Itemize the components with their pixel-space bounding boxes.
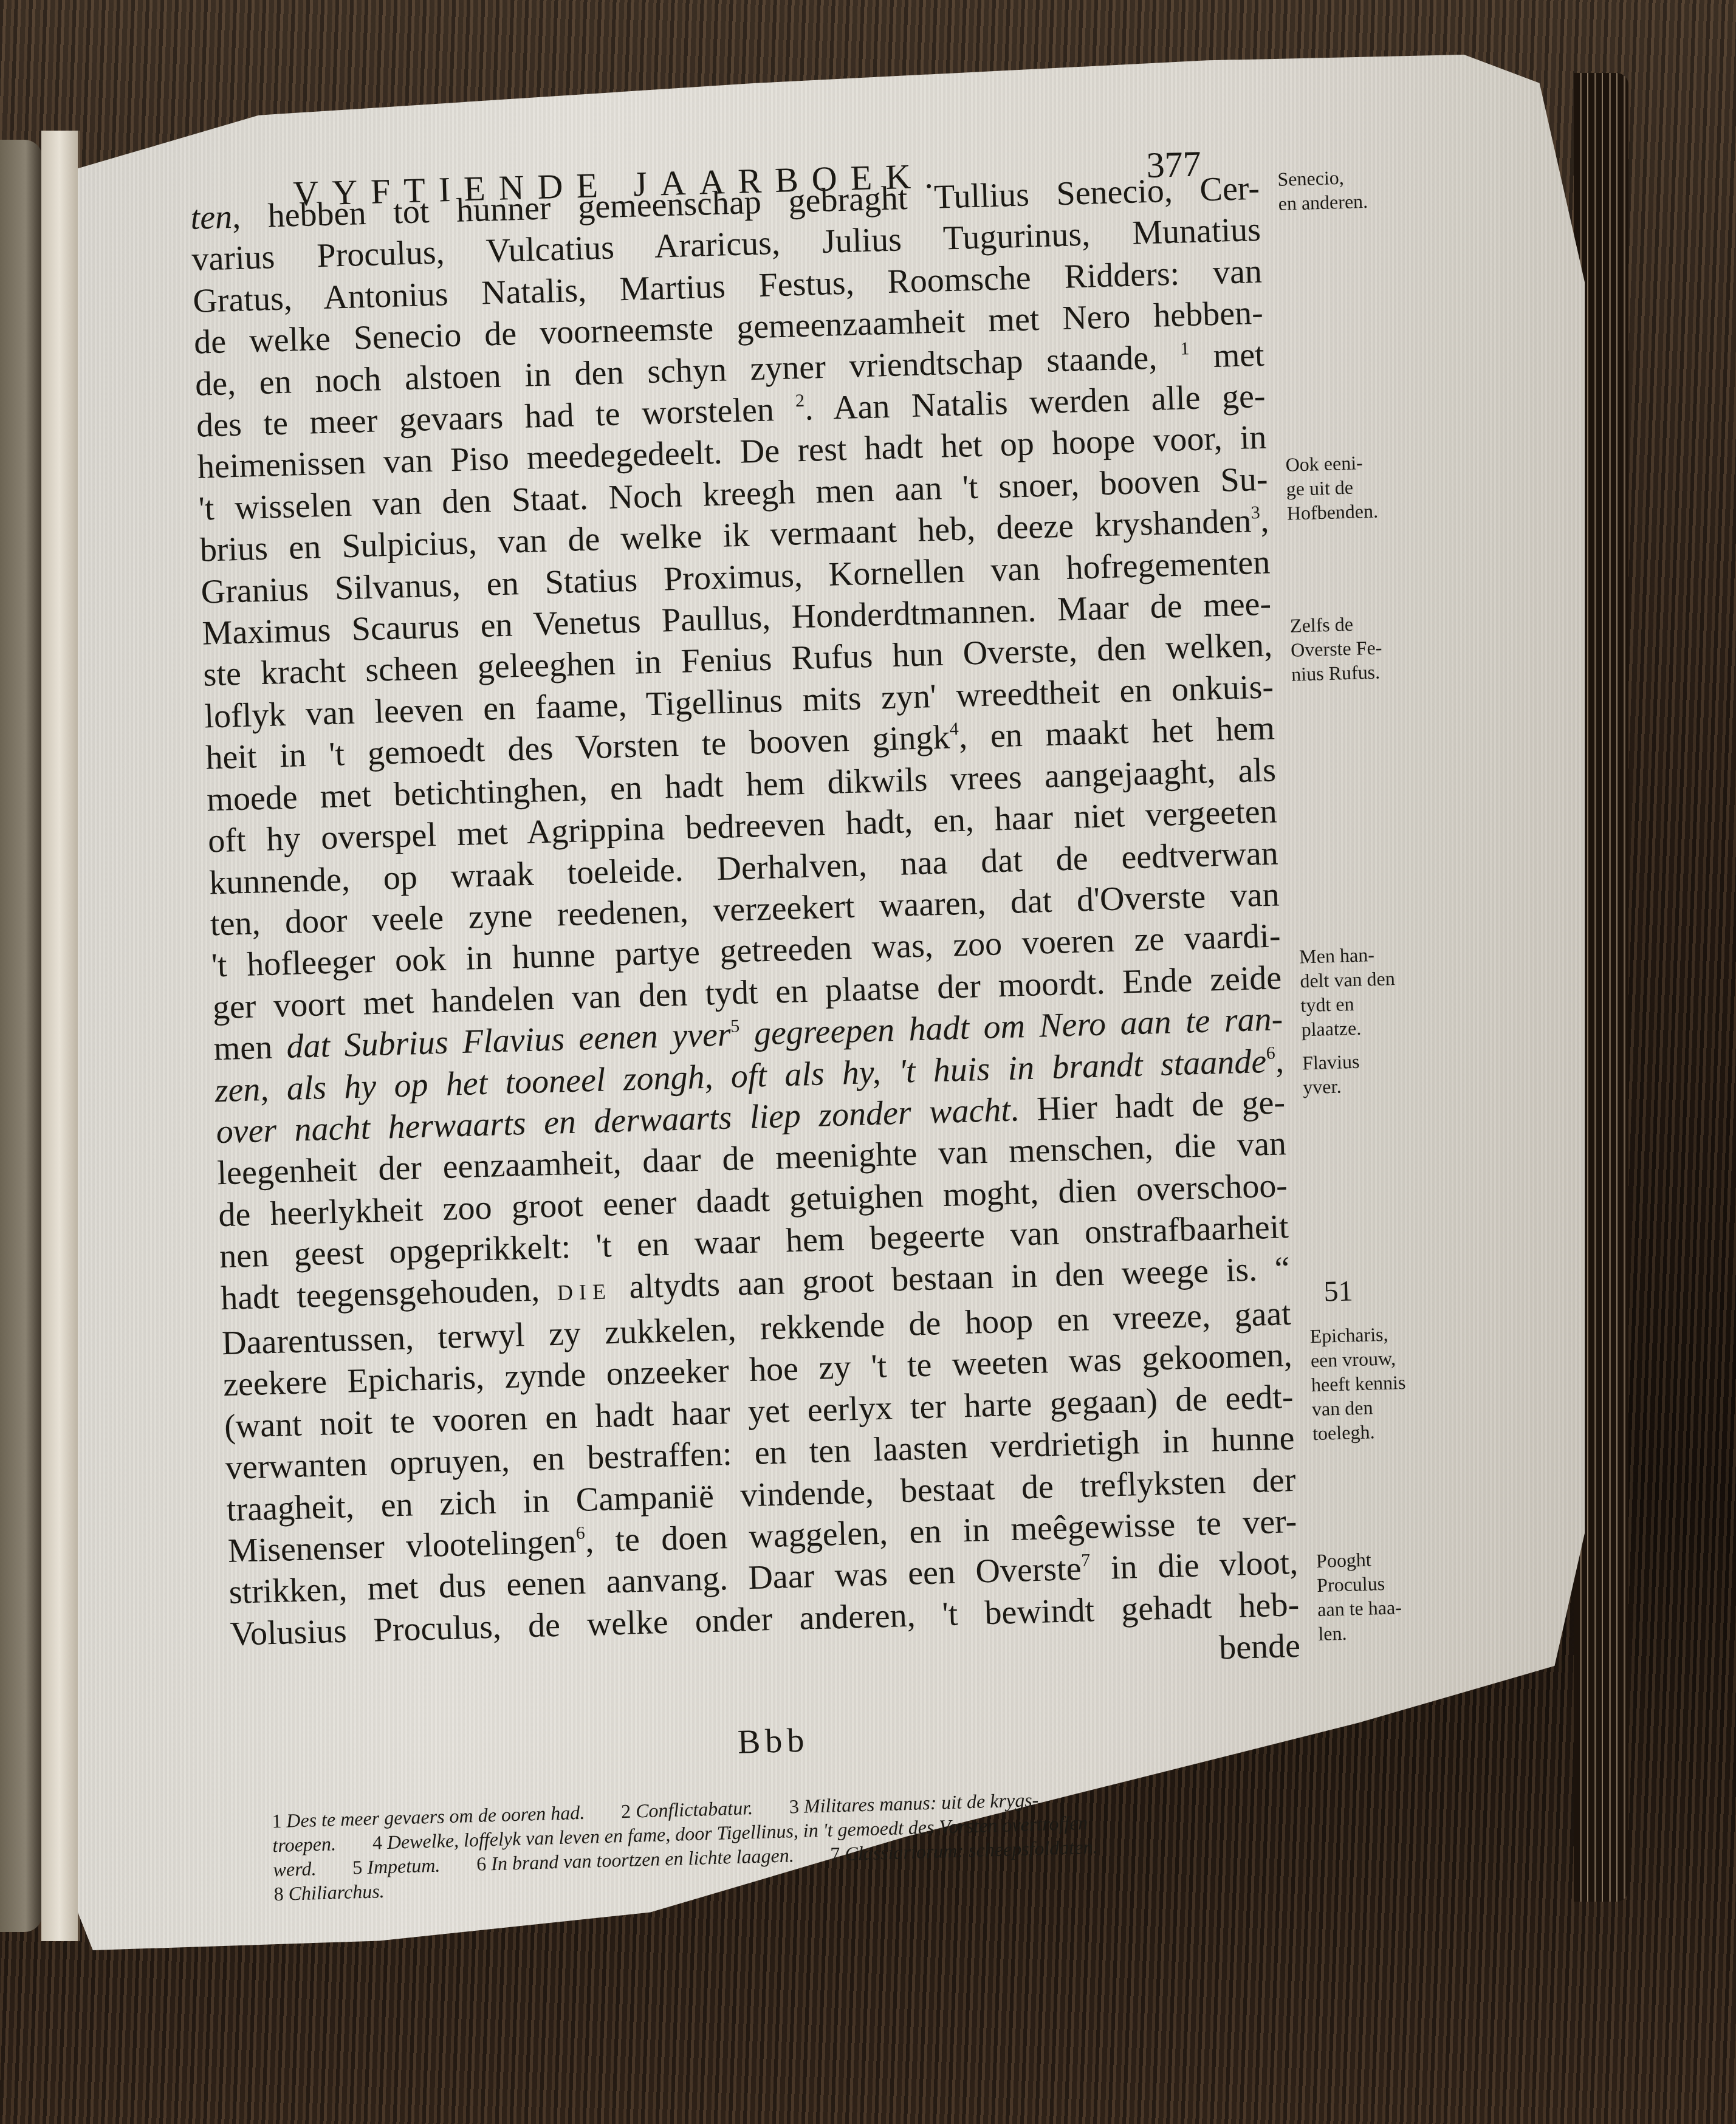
text-run: . Hier hadt de ge- [1010, 1083, 1286, 1129]
margin-note: Ook eeni-ge uit deHofbenden. [1285, 450, 1378, 526]
footnote-text: Chiliarchus. [288, 1880, 385, 1904]
text-run: hadt teegensgehouden, [220, 1270, 557, 1317]
signature-mark: Bbb [737, 1721, 809, 1762]
text-run: , en maakt het hem [958, 710, 1275, 756]
footnote-number: 7 [830, 1843, 840, 1865]
footnote-ref: 6 [1266, 1043, 1275, 1063]
previous-page-edge [41, 131, 80, 1941]
adjacent-book-cover [0, 140, 43, 1932]
footnote-text: werd. [273, 1857, 317, 1880]
margin-note: Epicharis,een vrouw,heeft kennisvan dent… [1309, 1321, 1407, 1445]
margin-note-line: nius Rufus. [1291, 659, 1383, 686]
footnote-number: 3 [789, 1795, 800, 1817]
margin-note-line: Ook eeni- [1285, 450, 1377, 477]
text-run: DIE [557, 1279, 612, 1304]
section-number: 51 [1323, 1274, 1354, 1308]
footnote-ref: 5 [730, 1016, 740, 1036]
margin-note: Senecio,en anderen. [1277, 165, 1368, 216]
text-run: ten [190, 198, 233, 237]
footnote-number: 2 [621, 1800, 631, 1822]
margin-note-line: heeft kennis [1311, 1370, 1406, 1397]
margin-note-line: yver. [1303, 1074, 1360, 1100]
margin-note-line: toelegh. [1312, 1419, 1408, 1445]
margin-note-line: Pooght [1316, 1546, 1401, 1573]
footnote-number: 4 [372, 1831, 382, 1853]
footnote-text: troepen. [272, 1832, 337, 1856]
footnote-text: Conflictabatur. [636, 1797, 753, 1821]
footnote-number: 8 [273, 1883, 284, 1905]
footnote-ref: 6 [575, 1523, 585, 1543]
margin-note-line: Men han- [1299, 942, 1395, 968]
margin-note-line: Overste Fe- [1291, 635, 1382, 662]
margin-note-line: een vrouw, [1310, 1346, 1405, 1372]
footnote-ref: 2 [795, 391, 805, 411]
margin-note-line: aan te haa- [1317, 1595, 1402, 1622]
footnote-ref: 1 [1180, 338, 1190, 358]
margin-note: Zelfs deOverste Fe-nius Rufus. [1289, 611, 1382, 687]
footnote-ref: 3 [1251, 502, 1260, 522]
margin-note-line: Zelfs de [1289, 611, 1381, 638]
margin-note-line: en anderen. [1278, 189, 1368, 216]
footnote-number: 1 [272, 1810, 282, 1832]
text-run: Misenenser vlootelingen [227, 1523, 577, 1570]
margin-note: Men han-delt van dentydt enplaatze. [1299, 942, 1397, 1041]
margin-note: Flaviusyver. [1302, 1049, 1360, 1100]
margin-note-line: tydt en [1300, 990, 1396, 1017]
margin-note-line: plaatze. [1301, 1015, 1396, 1041]
text-run: in die vloot, [1090, 1544, 1299, 1588]
margin-note-line: Flavius [1302, 1049, 1360, 1075]
text-run: met [1189, 335, 1264, 375]
margin-note-line: Epicharis, [1309, 1321, 1405, 1348]
footnote-text: Impetum. [367, 1854, 441, 1878]
margin-note-line: len. [1318, 1619, 1403, 1646]
margin-note-line: delt van den [1300, 966, 1395, 993]
footnote-ref: 4 [949, 719, 959, 739]
margin-note-line: Proculus [1317, 1571, 1402, 1597]
text-run: bende [1218, 1627, 1300, 1667]
footnote-number: 5 [352, 1856, 363, 1878]
margin-note-line: ge uit de [1286, 474, 1377, 501]
footnote-ref: 7 [1081, 1550, 1091, 1571]
text-run: , [1260, 502, 1269, 540]
margin-note: PooghtProculusaan te haa-len. [1316, 1546, 1402, 1646]
margin-note-line: Senecio, [1277, 165, 1368, 191]
text-run: , [1275, 1042, 1285, 1080]
text-run: men [213, 1028, 287, 1067]
body-text: ten, hebben tot hunner gemeenschap gebra… [190, 168, 1301, 1697]
margin-note-line: van den [1311, 1394, 1407, 1421]
footnote-number: 6 [476, 1852, 487, 1874]
margin-note-line: Hofbenden. [1286, 499, 1378, 526]
